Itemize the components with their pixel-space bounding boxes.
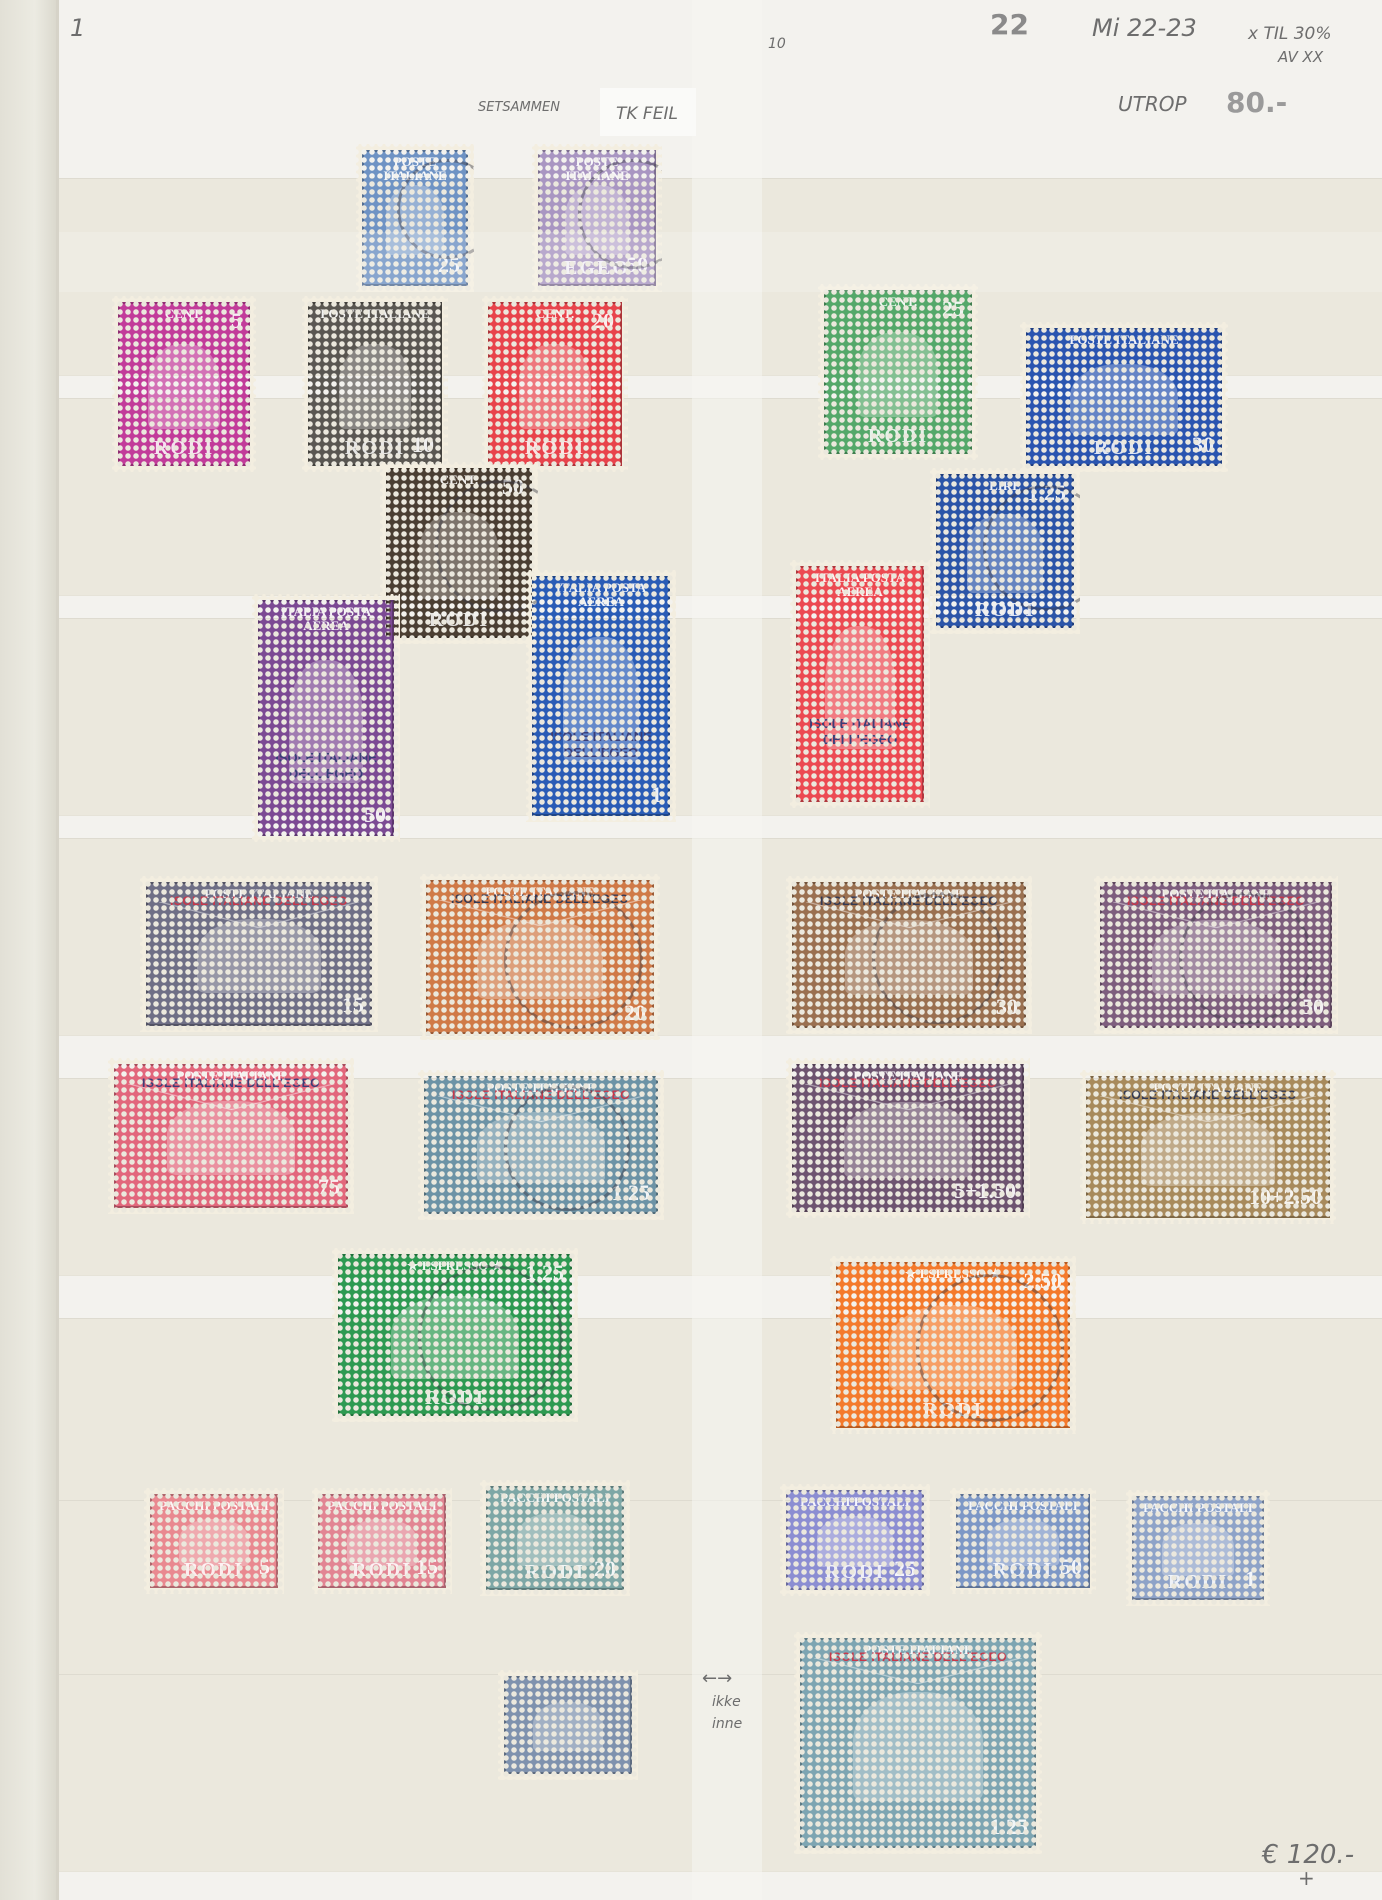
stamp[interactable]: POSTE ITALIANE15 ISOLE ITALIANE DELL'EGE… bbox=[140, 876, 378, 1032]
stamp-bottom-label bbox=[915, 1819, 922, 1846]
stamp-denomination: 1.25 bbox=[526, 1260, 565, 1286]
stamp[interactable]: POSTE ITALIANE75 ISOLE ITALIANE DELL'EGE… bbox=[108, 1058, 354, 1214]
stamp-vignette bbox=[477, 1112, 606, 1183]
stamp-denomination: 50 bbox=[626, 252, 648, 278]
stamp-vignette bbox=[853, 1692, 983, 1801]
stamp-vignette bbox=[347, 1519, 416, 1567]
stamp-bottom-label: RODI bbox=[429, 609, 489, 636]
stamp[interactable]: ITALIA POSTA AEREA1 ISOLE ITALIANE DELL'… bbox=[526, 570, 676, 822]
stamp-face: POSTE ITALIANE10RODI bbox=[308, 302, 442, 466]
stamp-vignette bbox=[477, 920, 602, 1000]
catalog-reference: Mi 22-23 bbox=[1092, 14, 1197, 42]
price-value: 80.- bbox=[1226, 86, 1287, 119]
stamp[interactable]: PACCHI POSTALI15RODI bbox=[312, 1488, 452, 1594]
stamp-denomination: 5 bbox=[259, 1554, 270, 1580]
stamp-top-label: CENT. bbox=[875, 292, 921, 312]
stamp-denomination: 15 bbox=[342, 992, 364, 1018]
stamp-overprint: ISOLE ITALIANE DELL'EGEO bbox=[794, 894, 1024, 908]
stamp-bottom-label: RODI bbox=[154, 437, 214, 464]
stamp-bottom-label bbox=[1213, 999, 1220, 1026]
note-tk-feil: TK FEIL bbox=[616, 104, 678, 124]
stamp-vignette bbox=[339, 344, 412, 429]
stamp[interactable]: ★ ESPRESSO ★2.50RODI bbox=[830, 1256, 1076, 1434]
stamp[interactable]: POSTE ITALIANE30 ISOLE ITALIANE DELL'EGE… bbox=[786, 876, 1032, 1034]
stamp-denomination: 10+2.50 bbox=[1249, 1184, 1322, 1210]
condition-note-line1: x TIL 30% bbox=[1248, 24, 1332, 44]
stamp-bottom-label bbox=[323, 807, 330, 834]
stamp-face: POSTE ITALIANE15 ISOLE ITALIANE DELL'EGE… bbox=[146, 882, 372, 1026]
stamp-vignette bbox=[167, 1101, 296, 1175]
stamp[interactable]: ★ ESPRESSO ★1.25RODI bbox=[332, 1248, 578, 1422]
stamp[interactable]: CENT.20RODI bbox=[482, 296, 628, 472]
stamp-overprint: ISOLE ITALIANE DELL'EGEO bbox=[426, 1088, 656, 1102]
stamp-vignette bbox=[179, 1519, 248, 1567]
stamp-face: POSTE ITALIANE5+1.50 ISOLE ITALIANE DELL… bbox=[792, 1064, 1024, 1212]
stamp-overprint: ISOLE ITALIANE DELL'EGEO bbox=[802, 1650, 1034, 1664]
stamp-bottom-label: RODI bbox=[1094, 437, 1154, 464]
stamp-denomination: 20 bbox=[594, 1556, 616, 1582]
stamp-face: POSTE ITALIANE30 ISOLE ITALIANE DELL'EGE… bbox=[792, 882, 1026, 1028]
stamp-denomination: 30 bbox=[1192, 432, 1214, 458]
stamp-top-label: POSTE ITALIANE bbox=[1065, 330, 1182, 350]
stamp-vignette bbox=[419, 512, 499, 600]
stamp-bottom-label: RODI bbox=[525, 437, 585, 464]
stamp-denomination: 50 bbox=[1060, 1554, 1082, 1580]
price-label: UTROP bbox=[1118, 92, 1187, 116]
stamp-face: CENT.20RODI bbox=[488, 302, 622, 466]
stamp-vignette bbox=[817, 1516, 892, 1567]
stamp-bottom-label: RODI bbox=[868, 425, 928, 452]
stamp-denomination: 1 bbox=[651, 782, 662, 808]
stamp-denomination: 25 bbox=[438, 252, 460, 278]
stamp[interactable]: POSTE ITALIANE50 ISOLE ITALIANE DELL'EGE… bbox=[1094, 876, 1338, 1034]
stamp[interactable]: POSTE ITALIANE5+1.50 ISOLE ITALIANE DELL… bbox=[786, 1058, 1030, 1218]
stamp-vignette bbox=[967, 514, 1042, 594]
stamp-top-label: PACCHI POSTALI bbox=[1139, 1498, 1257, 1518]
stamp-top-label: PACCHI POSTALI bbox=[496, 1488, 614, 1508]
stamp-top-label: CENT. bbox=[532, 304, 578, 324]
arrow-note-icon: ←→ bbox=[702, 1668, 732, 1689]
stamp-face: PACCHI POSTALI25RODI bbox=[786, 1490, 924, 1590]
stamp-vignette bbox=[1141, 1113, 1275, 1186]
stamp[interactable]: POSTE ITALIANE30RODI bbox=[1020, 322, 1228, 472]
stamp-bottom-label bbox=[538, 1185, 545, 1212]
stamp-face: CENT.5RODI bbox=[118, 302, 250, 466]
stamp-vignette bbox=[844, 1102, 972, 1178]
binding-margin bbox=[0, 0, 58, 1900]
stamp-denomination: 5+1.50 bbox=[954, 1178, 1016, 1204]
catalog-count: 22 bbox=[990, 8, 1029, 41]
stamp[interactable]: ITALIA POSTA AEREA ISOLE ITALIANE DELL'E… bbox=[790, 560, 930, 808]
inner-mark: 10 bbox=[768, 36, 786, 52]
stamp-bottom-label bbox=[1205, 1189, 1212, 1216]
stamp-top-label bbox=[564, 1678, 572, 1684]
stamp-face: POSTE ITALIANE25 bbox=[362, 150, 468, 286]
stamp-top-label: CENT. bbox=[161, 304, 207, 324]
stamp-top-label: PACCHI POSTALI bbox=[964, 1496, 1082, 1516]
stamp[interactable]: PACCHI POSTALI1RODI bbox=[1126, 1490, 1270, 1606]
stamp[interactable]: PACCHI POSTALI25RODI bbox=[780, 1484, 930, 1596]
stamp-face: CENT.50RODI bbox=[386, 468, 532, 638]
stamp-vignette bbox=[148, 344, 220, 429]
stamp[interactable]: POSTE ITALIANE1.25 ISOLE ITALIANE DELL'E… bbox=[794, 1632, 1042, 1854]
stamp-face: ★ ESPRESSO ★2.50RODI bbox=[836, 1262, 1070, 1428]
stamp[interactable]: CENT.5RODI bbox=[112, 296, 256, 472]
stamp-bottom-label bbox=[256, 997, 263, 1024]
page-number: 1 bbox=[70, 14, 85, 42]
stamp-vignette bbox=[386, 185, 443, 255]
stamp-overprint: ISOLE ITALIANE DELL'EGEO bbox=[260, 750, 392, 781]
stamp-vignette bbox=[845, 920, 974, 995]
stamp-bottom-label bbox=[598, 787, 605, 814]
center-gutter bbox=[692, 0, 762, 1900]
stamp-bottom-label bbox=[537, 1005, 544, 1032]
stamp-top-label: CENT. bbox=[436, 470, 482, 490]
stamp-denomination: 1.25 bbox=[1028, 480, 1067, 506]
stamp-top-label: POSTE ITALIANE bbox=[316, 304, 433, 324]
stamp-top-label: POSTE ITALIANE bbox=[540, 152, 654, 187]
stamp-bottom-label bbox=[906, 999, 913, 1026]
stamp-face: PACCHI POSTALI15RODI bbox=[318, 1494, 446, 1588]
stamp-face: PACCHI POSTALI5RODI bbox=[150, 1494, 278, 1588]
arrow-note-line2: inne bbox=[712, 1716, 742, 1732]
stamp-bottom-label bbox=[412, 257, 419, 284]
stamp-face: POSTE ITALIANE10+2.50 ISOLE ITALIANE DEL… bbox=[1086, 1076, 1330, 1218]
stamp-denomination: 15 bbox=[416, 1554, 438, 1580]
stamp-overprint: ISOLE ITALIANE DELL'EGEO bbox=[1088, 1088, 1328, 1102]
stamp-face: POSTE ITALIANE50 ISOLE ITALIANE DELL'EGE… bbox=[1100, 882, 1332, 1028]
stamp-overprint: ISOLE ITALIANE DELL'EGEO bbox=[1102, 894, 1330, 908]
stamp-top-label: LIRE bbox=[985, 476, 1025, 496]
stamp-face: PACCHI POSTALI20RODI bbox=[486, 1486, 624, 1590]
stamp-denomination: 1.25 bbox=[612, 1180, 651, 1206]
stamp-vignette bbox=[197, 919, 321, 993]
stamp-denomination: 75 bbox=[318, 1174, 340, 1200]
stamp[interactable]: POSTE ITALIANE20 ISOLE ITALIANE DELL'EGE… bbox=[420, 874, 660, 1040]
stamp-vignette bbox=[1152, 920, 1280, 995]
stamp-denomination: 2.50 bbox=[1024, 1268, 1063, 1294]
stamp-denomination: 1 bbox=[1245, 1566, 1256, 1592]
stamp-overprint: ISOLE ITALIANE DELL'EGEO bbox=[148, 894, 370, 908]
stamp-face bbox=[504, 1676, 632, 1774]
stamp-top-label: ITALIA POSTA AEREA bbox=[260, 602, 392, 637]
stamp-denomination: 25 bbox=[894, 1556, 916, 1582]
stamp-face: POSTE ITALIANE1.25 ISOLE ITALIANE DELL'E… bbox=[424, 1076, 658, 1214]
stamp[interactable]: CENT.25RODI bbox=[818, 284, 978, 460]
stamp-bottom-label bbox=[857, 773, 864, 800]
stamp-bottom-label: RODI bbox=[345, 437, 405, 464]
condition-note-line2: AV XX bbox=[1278, 48, 1323, 66]
stamp-denomination: 50 bbox=[502, 474, 524, 500]
stamp-vignette bbox=[1162, 1523, 1234, 1576]
stamp-bottom-label: EGEO bbox=[564, 257, 630, 284]
stamp[interactable]: PACCHI POSTALI5RODI bbox=[144, 1488, 284, 1594]
stamp-face: POSTE ITALIANE75 ISOLE ITALIANE DELL'EGE… bbox=[114, 1064, 348, 1208]
stamp-vignette bbox=[391, 1296, 520, 1380]
stamp-face: POSTE ITALIANE1.25 ISOLE ITALIANE DELL'E… bbox=[800, 1638, 1036, 1848]
stamp[interactable]: LIRE1.25RODI bbox=[930, 468, 1080, 634]
stamp-denomination: 5 bbox=[231, 308, 242, 334]
stamp-face: POSTE ITALIANE20 ISOLE ITALIANE DELL'EGE… bbox=[426, 880, 654, 1034]
stamp-bottom-label bbox=[905, 1183, 912, 1210]
stamp-vignette bbox=[565, 185, 629, 255]
stamp-face: ITALIA POSTA AEREA50 ISOLE ITALIANE DELL… bbox=[258, 600, 394, 836]
stamp-denomination: 20 bbox=[624, 1000, 646, 1026]
stamp-top-label: ITALIA POSTA AEREA bbox=[798, 568, 922, 603]
stamp[interactable]: POSTE ITALIANE25 bbox=[356, 144, 474, 292]
stamp-denomination: 50 bbox=[364, 802, 386, 828]
stamp[interactable]: PACCHI POSTALI20RODI bbox=[480, 1480, 630, 1596]
stamp[interactable]: CENT.50RODI bbox=[380, 462, 538, 644]
arrow-note-line1: ikke bbox=[712, 1694, 741, 1710]
stamp-bottom-label bbox=[228, 1179, 235, 1206]
stamp-denomination: 1.25 bbox=[990, 1814, 1029, 1840]
stamp[interactable] bbox=[498, 1670, 638, 1780]
total-mark: + bbox=[1298, 1866, 1315, 1890]
stamp-overprint: ISOLE ITALIANE DELL'EGEO bbox=[428, 892, 652, 906]
stamp-vignette bbox=[517, 1513, 592, 1566]
stamp-top-label: POSTE ITALIANE bbox=[364, 152, 466, 187]
stamp-denomination: 25 bbox=[942, 296, 964, 322]
stamp-top-label: PACCHI POSTALI bbox=[323, 1496, 441, 1516]
stamp-top-label: ★ ESPRESSO ★ bbox=[403, 1256, 507, 1276]
stamp-vignette bbox=[858, 332, 939, 417]
stamp-top-label: ITALIA POSTA AEREA bbox=[534, 578, 668, 613]
stamp-top-label: PACCHI POSTALI bbox=[155, 1496, 273, 1516]
stamp-face: CENT.25RODI bbox=[824, 290, 972, 454]
stamp-overprint: ISOLE ITALIANE DELL'EGEO bbox=[798, 716, 922, 747]
stamp-bottom-label: RODI bbox=[923, 1399, 983, 1426]
stamp-face: PACCHI POSTALI50RODI bbox=[956, 1494, 1090, 1588]
stamp-top-label: ★ ESPRESSO ★ bbox=[901, 1264, 1005, 1284]
stamp-overprint: ISOLE ITALIANE DELL'EGEO bbox=[794, 1076, 1022, 1090]
stamp-face: ITALIA POSTA AEREA ISOLE ITALIANE DELL'E… bbox=[796, 566, 924, 802]
stamp-overprint: ISOLE ITALIANE DELL'EGEO bbox=[534, 729, 668, 760]
stamp-overprint: ISOLE ITALIANE DELL'EGEO bbox=[116, 1076, 346, 1090]
stamp-face: PACCHI POSTALI1RODI bbox=[1132, 1496, 1264, 1600]
stamp-vignette bbox=[533, 1702, 602, 1752]
stamp-vignette bbox=[1070, 364, 1178, 435]
stamp-vignette bbox=[987, 1519, 1060, 1567]
stamp-denomination: 10 bbox=[412, 432, 434, 458]
stamp[interactable]: PACCHI POSTALI50RODI bbox=[950, 1488, 1096, 1594]
stamp-denomination: 50 bbox=[1302, 994, 1324, 1020]
stamp[interactable]: POSTE ITALIANE10+2.50 ISOLE ITALIANE DEL… bbox=[1080, 1070, 1336, 1224]
stamp-bottom-label: RODI bbox=[425, 1387, 485, 1414]
stamp[interactable]: ITALIA POSTA AEREA50 ISOLE ITALIANE DELL… bbox=[252, 594, 400, 842]
stamp[interactable]: POSTE ITALIANE1.25 ISOLE ITALIANE DELL'E… bbox=[418, 1070, 664, 1220]
stamp-face: POSTE ITALIANE30RODI bbox=[1026, 328, 1222, 466]
note-setsammen: SETSAMMEN bbox=[478, 100, 560, 115]
stamp-bottom-label: RODI bbox=[975, 599, 1035, 626]
stamp-top-label: PACCHI POSTALI bbox=[796, 1492, 914, 1512]
stamp-face: POSTE ITALIANE50EGEO bbox=[538, 150, 656, 286]
stamp-vignette bbox=[889, 1305, 1018, 1391]
stamp-face: ★ ESPRESSO ★1.25RODI bbox=[338, 1254, 572, 1416]
stamp-face: ITALIA POSTA AEREA1 ISOLE ITALIANE DELL'… bbox=[532, 576, 670, 816]
stamp-face: LIRE1.25RODI bbox=[936, 474, 1074, 628]
stamp[interactable]: POSTE ITALIANE10RODI bbox=[302, 296, 448, 472]
stamp-denomination: 20 bbox=[592, 308, 614, 334]
stamp-denomination: 30 bbox=[996, 994, 1018, 1020]
stamp[interactable]: POSTE ITALIANE50EGEO bbox=[532, 144, 662, 292]
stamp-vignette bbox=[519, 344, 592, 429]
